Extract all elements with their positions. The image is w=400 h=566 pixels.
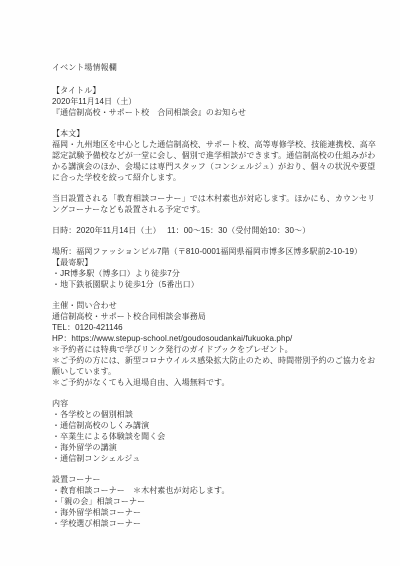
contents-item: ・通信制高校のしくみ講演 <box>52 420 370 431</box>
place-line: 場所：福岡ファッションビル7階（〒810-0001福岡県福岡市博多区博多駅前2-… <box>52 246 370 257</box>
title-section: 【タイトル】 2020年11月14日（土） 『通信制高校・サポート校 合同相談会… <box>52 85 370 118</box>
station-item: ・JR博多駅（博多口）より徒歩7分 <box>52 268 370 279</box>
corner-item: ・「親の会」相談コーナー <box>52 496 370 507</box>
contact-hp-url: HP：https://www.stepup-school.net/goudoso… <box>52 333 370 344</box>
contents-item: ・各学校との個別相談 <box>52 409 370 420</box>
contact-note: ＊予約者には特典で学びリンク発行のガイドブックをプレゼント。 <box>52 344 370 355</box>
contents-heading: 内容 <box>52 398 370 409</box>
contents-section: 内容 ・各学校との個別相談 ・通信制高校のしくみ講演 ・卒業生による体験談を聞く… <box>52 398 370 464</box>
title-section-heading: 【タイトル】 <box>52 85 370 96</box>
body-paragraph2-line: ングコーナーなども設置される予定です。 <box>52 204 370 215</box>
corner-item: ・学校選び相談コーナー <box>52 518 370 529</box>
contact-org: 通信制高校・サポート校合同相談会事務局 <box>52 311 370 322</box>
event-title-line: 『通信制高校・サポート校 合同相談会』のお知らせ <box>52 107 370 118</box>
body-paragraph2-line: 当日設置される「教育相談コーナー」では木村素也が対応します。ほかにも、カウンセリ <box>52 193 370 204</box>
contents-item: ・通信制コンシェルジュ <box>52 453 370 464</box>
datetime-line: 日時：2020年11月14日（土） 11：00～15：30（受付開始10：30～… <box>52 225 370 236</box>
document-body: イベント場情報欄 【タイトル】 2020年11月14日（土） 『通信制高校・サポ… <box>52 62 370 529</box>
body-paragraph1-line: 認定試験予備校などが一堂に会し、個別で進学相談ができます。通信制高校の仕組みがわ <box>52 150 370 161</box>
body-paragraph1-line: かる講演会のほか、会場には専門スタッフ（コンシェルジュ）がおり、個々の状況や要望 <box>52 161 370 172</box>
body-paragraph1-line: 福岡・九州地区を中心とした通信制高校、サポート校、高等専修学校、技能連携校、高卒 <box>52 139 370 150</box>
corners-section: 設置コーナー ・教育相談コーナー ＊木村素也が対応します。 ・「親の会」相談コー… <box>52 474 370 529</box>
body-paragraph1-line: に合った学校を絞って紹介します。 <box>52 172 370 183</box>
body-section-heading: 【本文】 <box>52 128 370 139</box>
body-section: 【本文】 福岡・九州地区を中心とした通信制高校、サポート校、高等専修学校、技能連… <box>52 128 370 215</box>
event-date-line: 2020年11月14日（土） <box>52 96 370 107</box>
contact-section: 主催・問い合わせ 通信制高校・サポート校合同相談会事務局 TEL：0120-42… <box>52 300 370 388</box>
contents-item: ・卒業生による体験談を聞く会 <box>52 431 370 442</box>
corners-heading: 設置コーナー <box>52 474 370 485</box>
corner-item: ・海外留学相談コーナー <box>52 507 370 518</box>
form-label: イベント場情報欄 <box>52 62 370 73</box>
contents-item: ・海外留学の講演 <box>52 442 370 453</box>
corner-item: ・教育相談コーナー ＊木村素也が対応します。 <box>52 485 370 496</box>
contact-heading: 主催・問い合わせ <box>52 300 370 311</box>
station-item: ・地下鉄祇園駅より徒歩1分（5番出口） <box>52 279 370 290</box>
contact-note: ＊ご予約がなくても入退場自由、入場無料です。 <box>52 377 370 388</box>
station-heading: 【最寄駅】 <box>52 257 370 268</box>
document-page: イベント場情報欄 【タイトル】 2020年11月14日（土） 『通信制高校・サポ… <box>0 0 400 566</box>
contact-note: ＊ご予約の方には、新型コロナウイルス感染拡大防止のため、時間帯別予約のご協力をお <box>52 355 370 366</box>
place-section: 場所：福岡ファッションビル7階（〒810-0001福岡県福岡市博多区博多駅前2-… <box>52 246 370 290</box>
contact-note: 願いしています。 <box>52 366 370 377</box>
contact-tel: TEL：0120-421146 <box>52 322 370 333</box>
